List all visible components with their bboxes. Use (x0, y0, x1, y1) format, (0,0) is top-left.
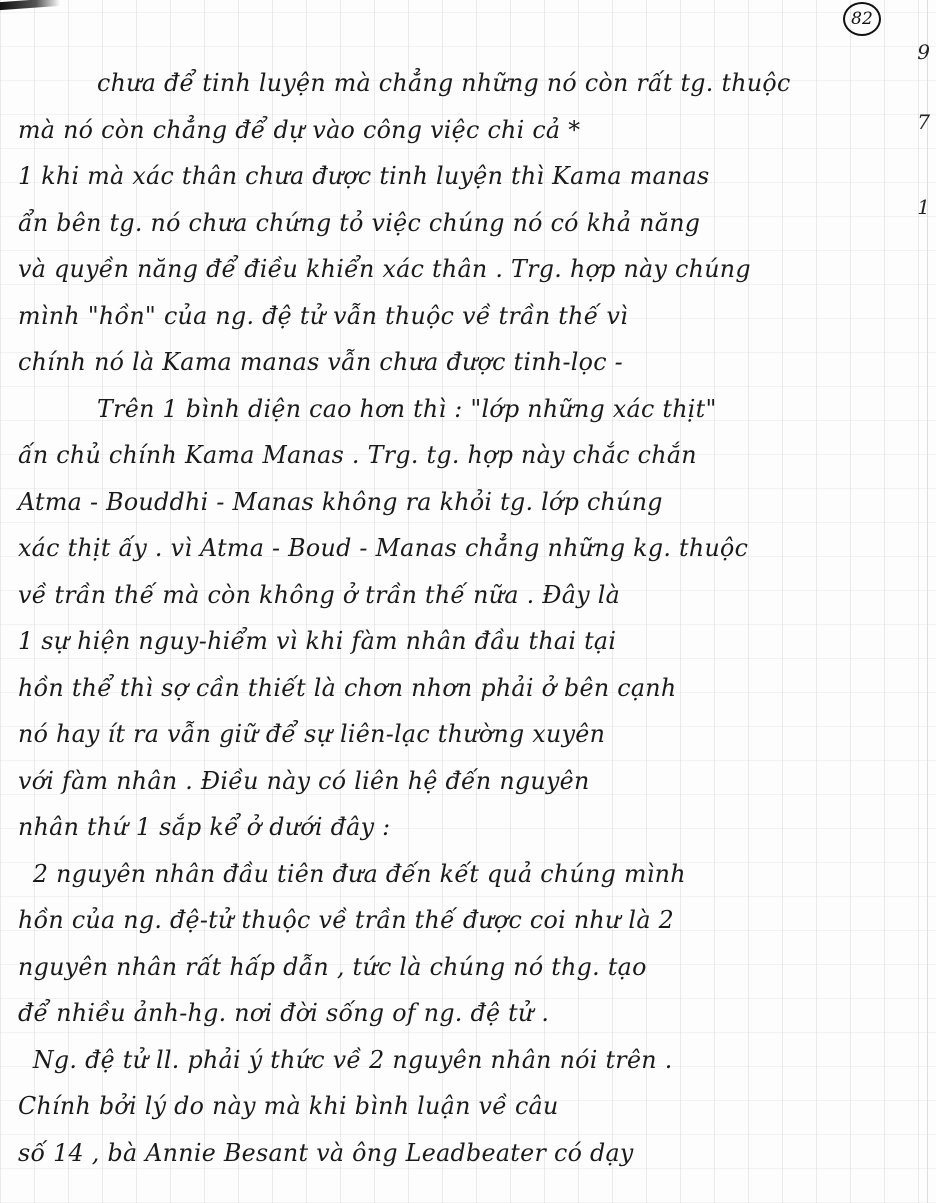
margin-mark: 7 (917, 110, 930, 134)
text-line: mà nó còn chẳng để dự vào công việc chi … (18, 107, 908, 154)
text-line: 2 nguyên nhân đầu tiên đưa đến kết quả c… (18, 851, 908, 898)
text-line: hồn của ng. đệ-tử thuộc về trần thế được… (18, 897, 908, 944)
text-line: hồn thể thì sợ cần thiết là chơn nhơn ph… (18, 665, 908, 712)
text-line: chưa để tinh luyện mà chẳng những nó còn… (18, 60, 907, 107)
page-edge (927, 0, 936, 1203)
text-line: chính nó là Kama manas vẫn chưa được tin… (18, 339, 908, 386)
text-line: 1 sự hiện nguy-hiểm vì khi fàm nhân đầu … (18, 618, 908, 665)
text-line: ấn chủ chính Kama Manas . Trg. tg. hợp n… (18, 432, 908, 479)
text-line: xác thịt ấy . vì Atma - Boud - Manas chẳ… (18, 525, 908, 572)
text-line: số 14 , bà Annie Besant và ông Leadbeate… (18, 1130, 908, 1177)
margin-mark: 9 (917, 40, 930, 64)
page-number: 82 (851, 9, 873, 29)
text-line: Ng. đệ tử ll. phải ý thức về 2 nguyên nh… (18, 1037, 908, 1084)
page-number-circled: 82 (843, 2, 881, 36)
text-line: nó hay ít ra vẫn giữ để sự liên-lạc thườ… (18, 711, 908, 758)
text-line: nguyên nhân rất hấp dẫn , tức là chúng n… (18, 944, 908, 991)
text-line: và quyền năng để điều khiển xác thân . T… (18, 246, 908, 293)
text-line: Trên 1 bình diện cao hơn thì : "lớp nhữn… (18, 386, 907, 433)
text-line: mình "hồn" của ng. đệ tử vẫn thuộc về tr… (18, 293, 908, 340)
scanned-manuscript-page: 82 9 7 1 chưa để tinh luyện mà chẳng nhữ… (0, 0, 936, 1203)
text-line: Atma - Bouddhi - Manas không ra khỏi tg.… (18, 479, 908, 526)
margin-mark: 1 (917, 195, 930, 219)
text-line: Chính bởi lý do này mà khi bình luận về … (18, 1083, 908, 1130)
text-line: 1 khi mà xác thân chưa được tinh luyện t… (18, 153, 908, 200)
text-line: với fàm nhân . Điều này có liên hệ đến n… (18, 758, 908, 805)
text-line: về trần thế mà còn không ở trần thế nữa … (18, 572, 908, 619)
scan-edge-shadow (0, 0, 60, 10)
text-line: nhân thứ 1 sắp kể ở dưới đây : (18, 804, 908, 851)
text-line: ẩn bên tg. nó chưa chứng tỏ việc chúng n… (18, 200, 908, 247)
handwritten-text-body: chưa để tinh luyện mà chẳng những nó còn… (18, 60, 918, 1176)
text-line: để nhiều ảnh-hg. nơi đời sống of ng. đệ … (18, 990, 908, 1037)
